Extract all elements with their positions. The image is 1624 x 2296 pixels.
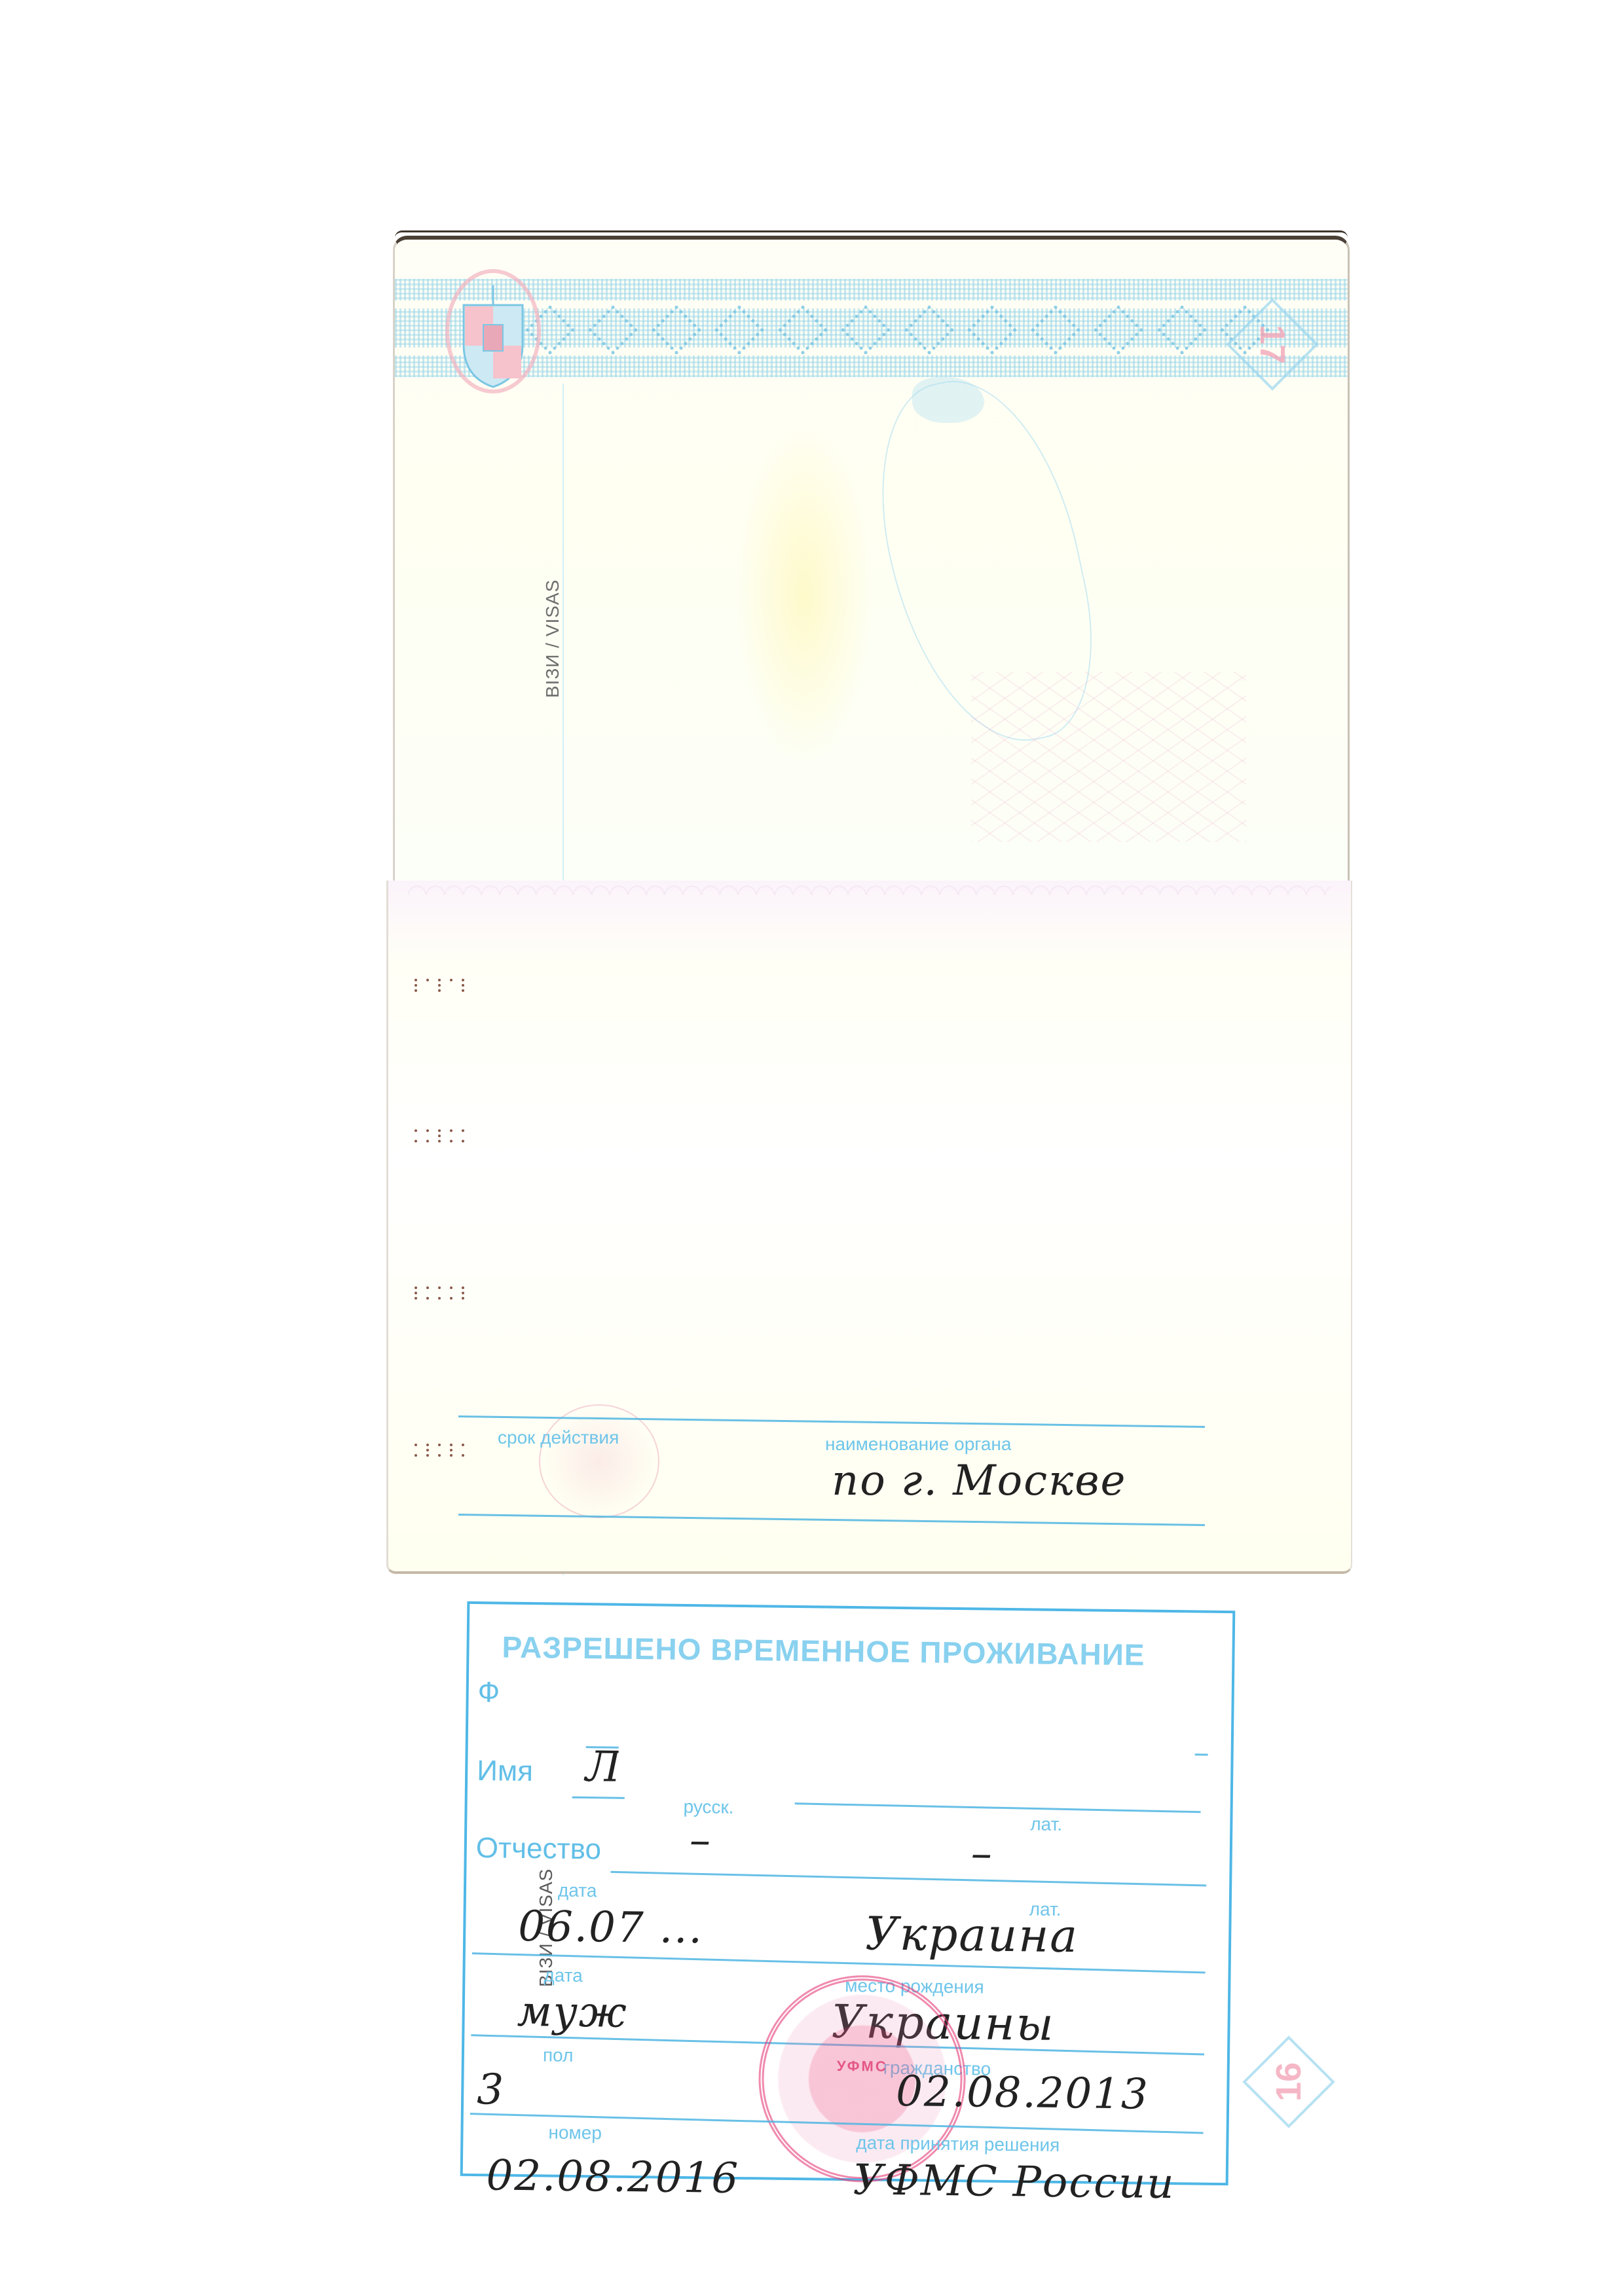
- ornament-motif-icon: [841, 305, 891, 355]
- page-number-text: 17: [1252, 325, 1293, 364]
- perforation-numeral: [415, 1444, 460, 1457]
- ornament-motif-icon: [1094, 305, 1143, 355]
- ornament-motif-icon: [652, 305, 701, 355]
- authority-value-line1: УФМС России: [853, 2156, 1175, 2208]
- perforation-numeral: [415, 1129, 460, 1142]
- perforation-numeral: [415, 979, 460, 992]
- section-label-visas: ВІЗИ / VISAS: [542, 579, 563, 698]
- guilloche-pattern: [971, 672, 1246, 842]
- ornament-motif-icon: [904, 305, 954, 355]
- validity-value: 02.08.2016: [486, 2151, 739, 2203]
- page-number-text: 16: [1268, 2062, 1309, 2102]
- authority-value-line2: по г. Москве: [832, 1457, 1126, 1505]
- ornament-motifs: [532, 312, 1263, 348]
- validity-label: срок действия: [498, 1427, 619, 1448]
- page-number-16: 16: [1246, 2039, 1331, 2124]
- perforation-numeral: [415, 1286, 460, 1300]
- stamp-bottom-section: срок действия наименование органа по г. …: [458, 1342, 1244, 1558]
- ornament-motif-icon: [967, 305, 1017, 355]
- row-divider: [458, 1514, 1205, 1526]
- row-divider: [458, 1415, 1205, 1428]
- ornament-motif-icon: [778, 305, 828, 355]
- stamp-lower-rows: 02.08.2016 УФМС России: [460, 1601, 1230, 2180]
- page-fold-edge: [408, 881, 1331, 895]
- watermark-emblem: [735, 423, 873, 763]
- ornament-motif-icon: [714, 305, 764, 355]
- visa-page-17: 17 ВІЗИ / VISAS: [393, 236, 1350, 914]
- ornament-motif-icon: [1156, 305, 1206, 355]
- ornament-motif-icon: [1030, 305, 1080, 355]
- page-number-17: 17: [1230, 302, 1315, 387]
- authority-label: наименование органа: [825, 1434, 1011, 1455]
- coat-of-arms-icon: [444, 266, 542, 397]
- ornament-motif-icon: [588, 305, 638, 355]
